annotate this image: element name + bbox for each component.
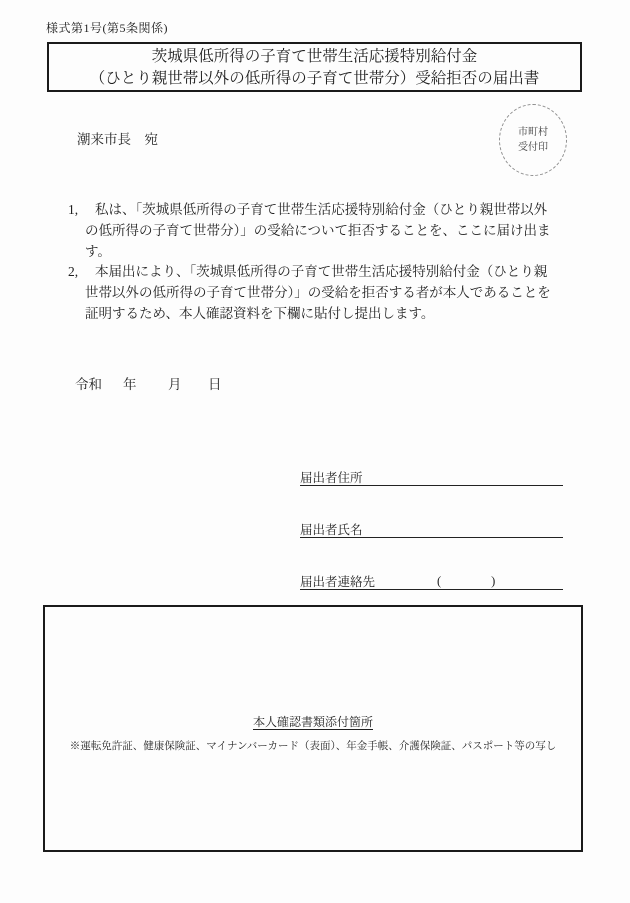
- receipt-stamp-line-2: 受付印: [518, 140, 548, 155]
- receipt-stamp-line-1: 市町村: [518, 125, 548, 140]
- receipt-stamp-circle: 市町村 受付印: [499, 104, 567, 176]
- clause-2-line-2: 世帯以外の低所得の子育て世帯分）」の受給を拒否する者が本人であることを: [85, 283, 567, 304]
- title-box: 茨城県低所得の子育て世帯生活応援特別給付金 （ひとり親世帯以外の低所得の子育て世…: [47, 42, 582, 92]
- id-document-attachment-box: 本人確認書類添付箇所 ※運転免許証、健康保険証、マイナンバーカード（表面）、年金…: [43, 605, 583, 852]
- clause-1-line-2: の低所得の子育て世帯分）」の受給について拒否することを、ここに届け出ま: [85, 221, 567, 242]
- clause-2: 2, 本届出により、「茨城県低所得の子育て世帯生活応援特別給付金（ひとり親 世帯…: [85, 262, 567, 324]
- clause-2-line-3: 証明するため、本人確認資料を下欄に貼付し提出します。: [85, 304, 567, 325]
- form-number: 様式第1号(第5条関係): [46, 19, 168, 36]
- clause-1-line-3: す。: [85, 242, 567, 263]
- attachment-box-note: ※運転免許証、健康保険証、マイナンバーカード（表面）、年金手帳、介護保険証、パス…: [45, 738, 581, 753]
- clause-2-number: 2,: [68, 262, 78, 283]
- date-month-label: 月: [168, 373, 182, 393]
- date-era-label: 令和: [75, 373, 102, 393]
- field-declarant-contact-parens: ( ): [437, 573, 495, 589]
- field-declarant-contact-label: 届出者連絡先: [300, 575, 375, 589]
- clause-1-line-1: 私は、「茨城県低所得の子育て世帯生活応援特別給付金（ひとり親世帯以外: [85, 200, 567, 221]
- field-declarant-name: 届出者氏名: [300, 521, 563, 538]
- field-declarant-name-label: 届出者氏名: [300, 523, 363, 537]
- field-declarant-address: 届出者住所: [300, 469, 563, 486]
- clause-1: 1, 私は、「茨城県低所得の子育て世帯生活応援特別給付金（ひとり親世帯以外 の低…: [85, 200, 567, 262]
- form-page: 様式第1号(第5条関係) 茨城県低所得の子育て世帯生活応援特別給付金 （ひとり親…: [0, 0, 630, 903]
- clause-list: 1, 私は、「茨城県低所得の子育て世帯生活応援特別給付金（ひとり親世帯以外 の低…: [85, 200, 567, 325]
- field-declarant-contact: 届出者連絡先 ( ): [300, 573, 563, 590]
- clause-1-number: 1,: [68, 200, 78, 221]
- title-line-1: 茨城県低所得の子育て世帯生活応援特別給付金: [49, 46, 580, 68]
- attachment-box-heading: 本人確認書類添付箇所: [45, 713, 581, 730]
- field-declarant-address-label: 届出者住所: [300, 471, 363, 485]
- date-day-label: 日: [208, 373, 222, 393]
- clause-2-line-1: 本届出により、「茨城県低所得の子育て世帯生活応援特別給付金（ひとり親: [85, 262, 567, 283]
- addressee: 潮来市長 宛: [77, 128, 158, 148]
- title-line-2: （ひとり親世帯以外の低所得の子育て世帯分）受給拒否の届出書: [49, 68, 580, 90]
- date-year-label: 年: [123, 373, 137, 393]
